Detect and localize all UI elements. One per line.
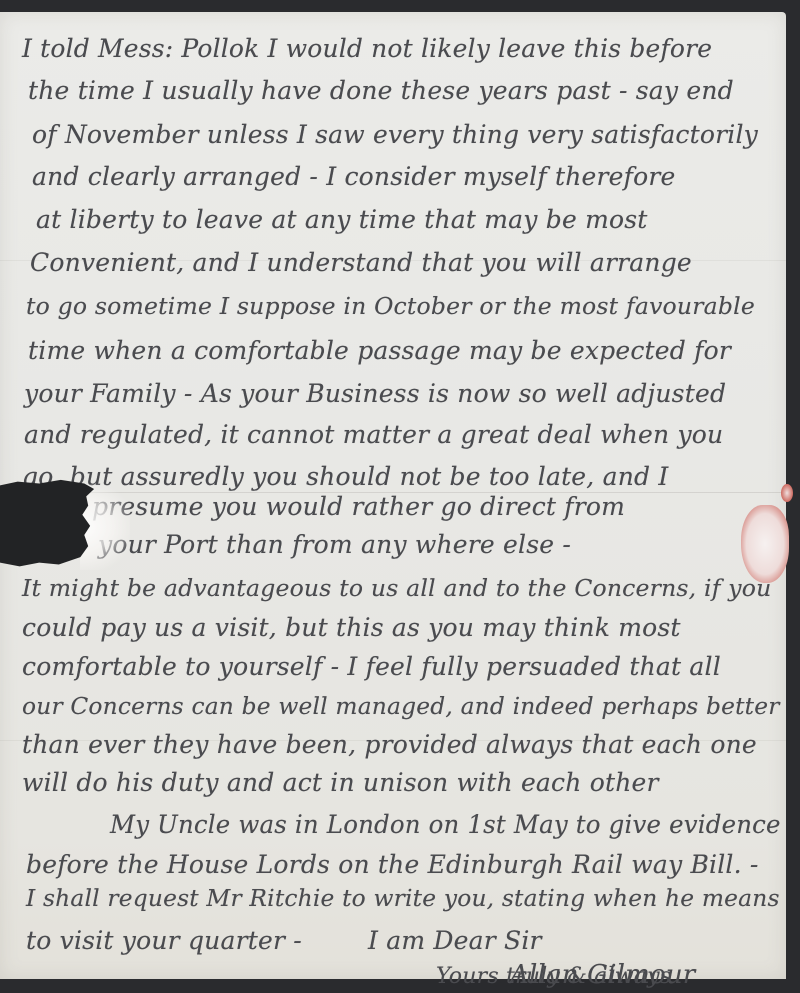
letter-line-20: My Uncle was in London on 1st May to giv… xyxy=(110,810,781,839)
letter-line-12: presume you would rather go direct from xyxy=(92,492,625,521)
letter-line-7: to go sometime I suppose in October or t… xyxy=(26,292,755,320)
letter-line-13: your Port than from any where else - xyxy=(98,530,571,559)
wax-seal-remnant xyxy=(741,505,789,583)
signature: Allan Gilmour xyxy=(510,960,695,990)
letter-line-5: at liberty to leave at any time that may… xyxy=(36,205,648,234)
letter-line-9: your Family - As your Business is now so… xyxy=(24,379,726,408)
letter-line-17: our Concerns can be well managed, and in… xyxy=(22,692,780,720)
letter-line-8: time when a comfortable passage may be e… xyxy=(28,336,731,365)
letter-line-18: than ever they have been, provided alway… xyxy=(22,730,757,759)
letter-line-23: to visit your quarter - xyxy=(26,926,302,955)
letter-line-21: before the House Lords on the Edinburgh … xyxy=(26,850,759,879)
letter-line-15: could pay us a visit, but this as you ma… xyxy=(22,613,681,642)
letter-line-10: and regulated, it cannot matter a great … xyxy=(24,420,723,449)
letter-line-1: I told Mess: Pollok I would not likely l… xyxy=(22,34,780,63)
letter-line-19: will do his duty and act in unison with … xyxy=(22,768,659,797)
document-scan: I told Mess: Pollok I would not likely l… xyxy=(0,0,800,993)
salutation-close: I am Dear Sir xyxy=(368,926,542,955)
wax-seal-fragment xyxy=(781,484,793,502)
letter-line-14: It might be advantageous to us all and t… xyxy=(22,574,771,602)
letter-line-16: comfortable to yourself - I feel fully p… xyxy=(22,652,721,681)
letter-line-22: I shall request Mr Ritchie to write you,… xyxy=(26,884,780,912)
letter-line-2: the time I usually have done these years… xyxy=(28,76,734,105)
letter-line-3: of November unless I saw every thing ver… xyxy=(32,120,758,149)
letter-line-6: Convenient, and I understand that you wi… xyxy=(30,248,692,277)
letter-line-4: and clearly arranged - I consider myself… xyxy=(32,162,676,191)
